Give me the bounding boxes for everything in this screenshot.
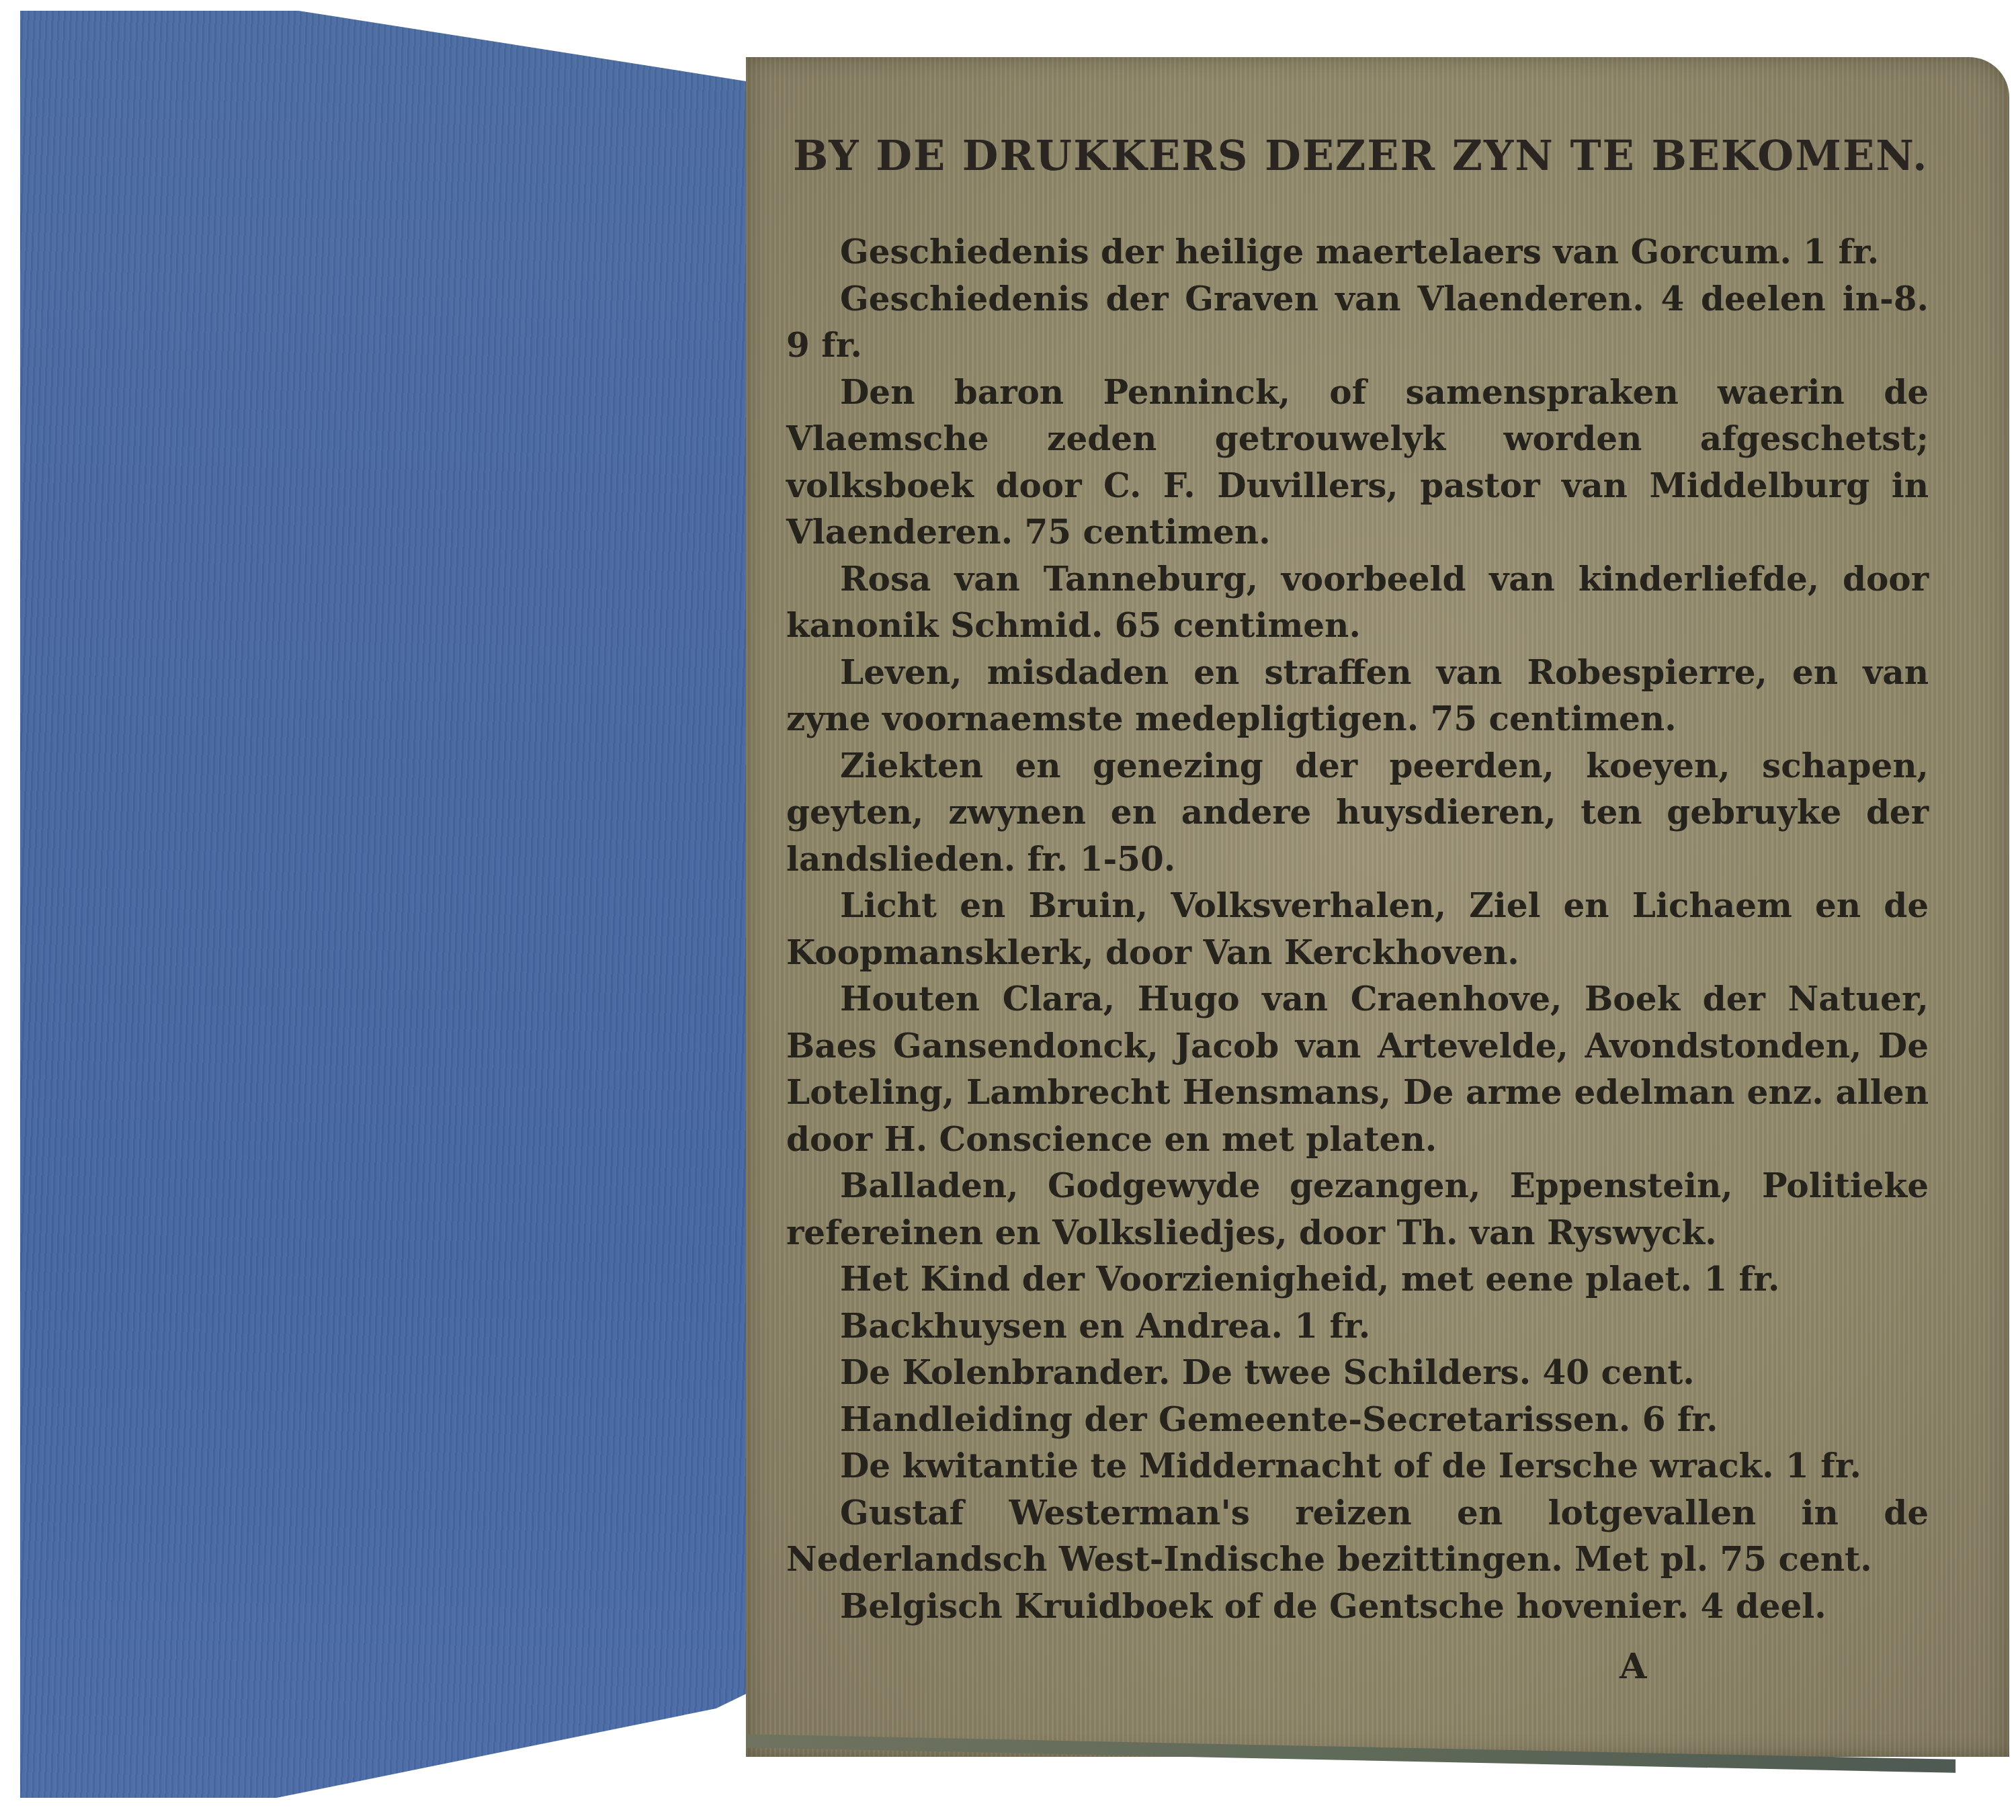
book-entry: Geschiedenis der heilige maertelaers van… [786,228,1929,275]
book-entry: Belgisch Kruidboek of de Gentsche hoveni… [786,1583,1929,1630]
book-entry: Balladen, Godgewyde gezangen, Eppenstein… [786,1162,1929,1256]
signature-mark: A [1620,1646,1646,1687]
book-entry: Gustaf Westerman's reizen en lotgevallen… [786,1489,1929,1583]
book-entry: Backhuysen en Andrea. 1 fr. [786,1303,1929,1350]
book-entry: Ziekten en genezing der peerden, koeyen,… [786,742,1929,883]
book-entry: De Kolenbrander. De twee Schilders. 40 c… [786,1349,1929,1396]
book-list: Geschiedenis der heilige maertelaers van… [786,228,1929,1629]
book-entry: Geschiedenis der Graven van Vlaenderen. … [786,275,1929,369]
book-entry: Houten Clara, Hugo van Craenhove, Boek d… [786,976,1929,1162]
book-entry: Handleiding der Gemeente-Secretarissen. … [786,1396,1929,1443]
book-entry: De kwitantie te Middernacht of de Iersch… [786,1442,1929,1489]
blue-paper-cover [20,11,753,1798]
book-entry: Rosa van Tanneburg, voorbeeld van kinder… [786,556,1929,649]
book-entry: Den baron Penninck, of samenspraken waer… [786,369,1929,556]
page-heading: BY DE DRUKKERS DEZER ZYN TE BEKOMEN. [793,131,1895,180]
book-entry: Het Kind der Voorzienigheid, met eene pl… [786,1256,1929,1303]
book-entry: Leven, misdaden en straffen van Robespie… [786,649,1929,742]
book-entry: Licht en Bruin, Volksverhalen, Ziel en L… [786,882,1929,976]
